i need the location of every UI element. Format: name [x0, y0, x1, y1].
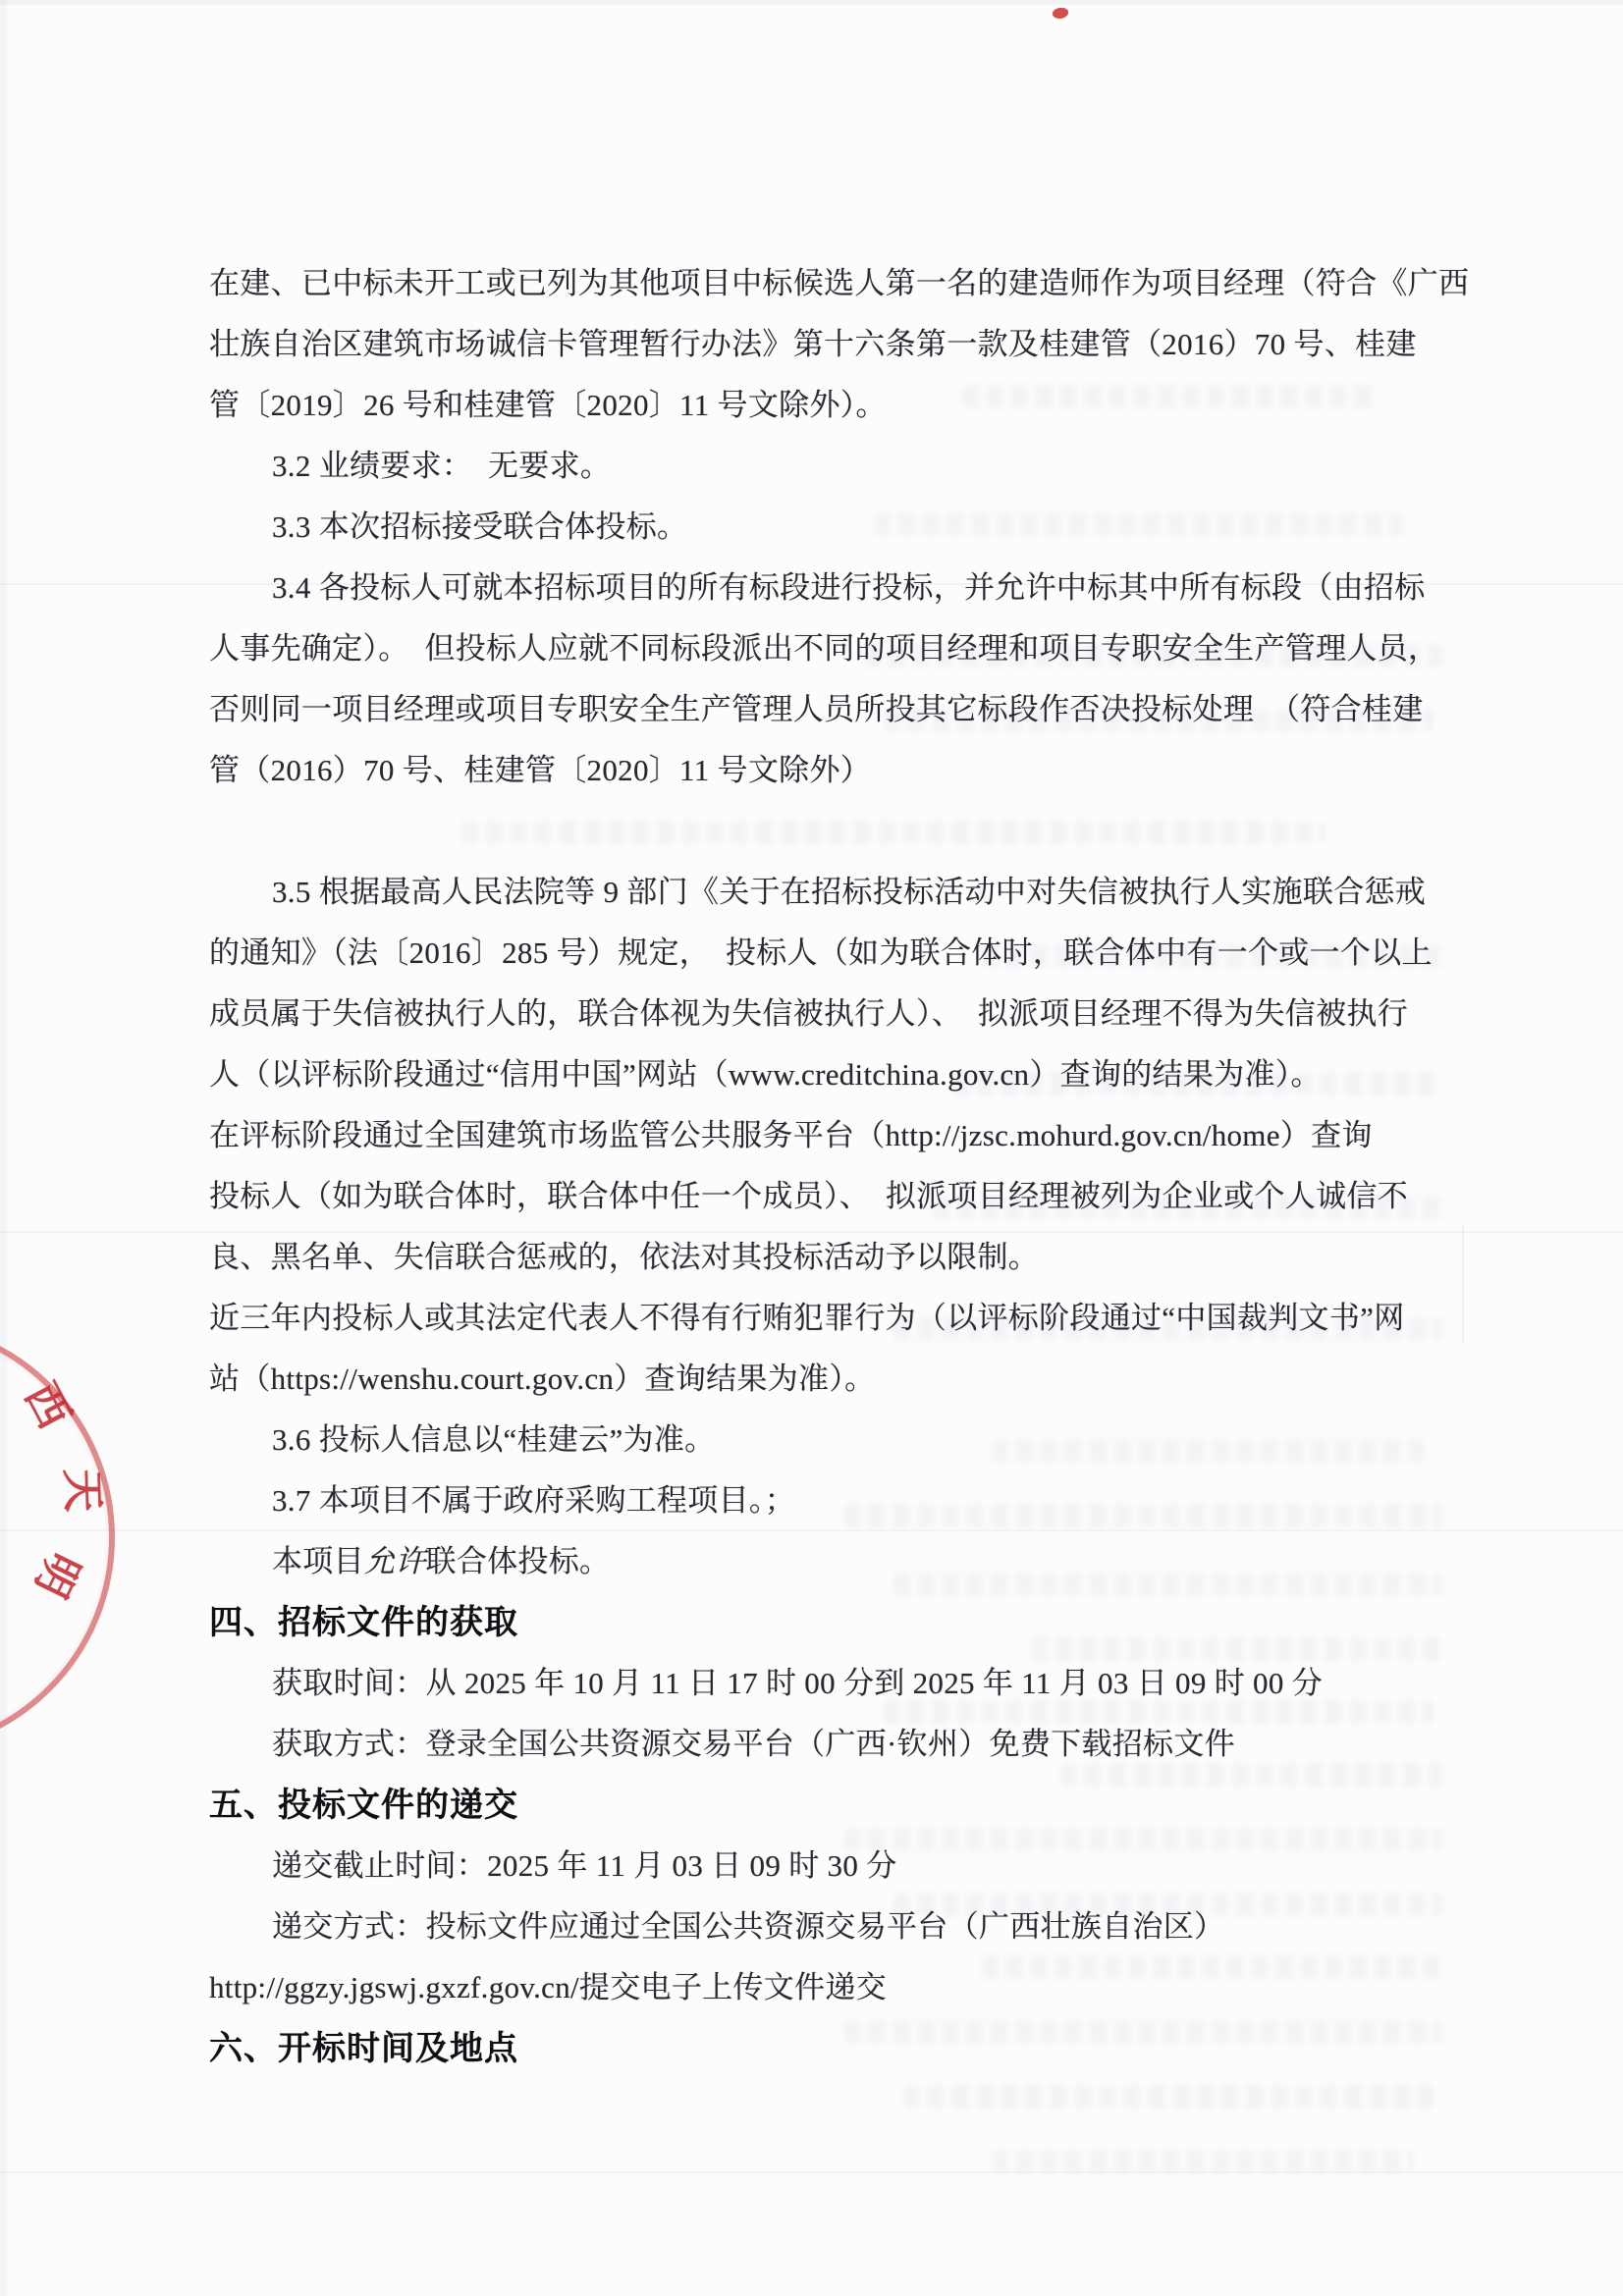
- text-segment: 四、招标文件的获取: [209, 1604, 518, 1641]
- text-line: 管（2016）70 号、桂建管〔2020〕11 号文除外）: [209, 748, 1476, 793]
- text-segment: 的通知》（法〔2016〕285 号）规定， 投标人（如为联合体时，联合体中有一个…: [209, 935, 1433, 970]
- text-segment: 良、黑名单、失信联合惩戒的，依法对其投标活动予以限制。: [209, 1240, 1039, 1274]
- red-ink-speck: [1053, 8, 1068, 19]
- text-line: [209, 809, 1476, 854]
- text-segment: 3.2 业绩要求： 无要求。: [272, 449, 611, 483]
- red-seal-character: 天: [54, 1468, 118, 1513]
- text-segment: 3.4 各投标人可就本招标项目的所有标段进行投标，并允许中标其中所有标段（由招标: [272, 570, 1426, 605]
- text-line: 人事先确定）。 但投标人应就不同标段派出不同的项目经理和项目专职安全生产管理人员…: [209, 626, 1476, 671]
- emphasized-text: 允许: [364, 1544, 426, 1578]
- text-line: 投标人（如为联合体时，联合体中任一个成员）、 拟派项目经理被列为企业或个人诚信不: [209, 1174, 1476, 1219]
- text-segment: 五、投标文件的递交: [209, 1787, 518, 1824]
- text-segment: 壮族自治区建筑市场诚信卡管理暂行办法》第十六条第一款及桂建管（2016）70 号…: [209, 327, 1417, 361]
- text-line: 否则同一项目经理或项目专职安全生产管理人员所投其它标段作否决投标处理 （符合桂建: [209, 687, 1476, 732]
- text-segment: 在建、已中标未开工或已列为其他项目中标候选人第一名的建造师作为项目经理（符合《广…: [209, 266, 1469, 300]
- text-line: 成员属于失信被执行人的，联合体视为失信被执行人）、 拟派项目经理不得为失信被执行: [209, 991, 1476, 1037]
- text-segment: 人事先确定）。 但投标人应就不同标段派出不同的项目经理和项目专职安全生产管理人员…: [209, 631, 1438, 666]
- text-line: 壮族自治区建筑市场诚信卡管理暂行办法》第十六条第一款及桂建管（2016）70 号…: [209, 322, 1476, 367]
- text-segment: 站（https://wenshu.court.gov.cn）查询结果为准）。: [209, 1362, 875, 1396]
- text-segment: 投标人（如为联合体时，联合体中任一个成员）、 拟派项目经理被列为企业或个人诚信不: [209, 1179, 1408, 1213]
- scan-streak: [0, 1529, 1623, 1531]
- text-segment: 联合体投标。: [426, 1544, 611, 1578]
- text-segment: 近三年内投标人或其法定代表人不得有行贿犯罪行为（以评标阶段通过“中国裁判文书”网: [209, 1301, 1405, 1335]
- text-segment: http://ggzy.jgswj.gxzf.gov.cn/提交电子上传文件递交: [209, 1970, 887, 2004]
- text-line: http://ggzy.jgswj.gxzf.gov.cn/提交电子上传文件递交: [209, 1965, 1476, 2010]
- text-line: 站（https://wenshu.court.gov.cn）查询结果为准）。: [209, 1357, 1476, 1402]
- text-segment: 递交截止时间：2025 年 11 月 03 日 09 时 30 分: [272, 1848, 897, 1883]
- text-line: 良、黑名单、失信联合惩戒的，依法对其投标活动予以限制。: [209, 1235, 1476, 1280]
- scan-streak: [0, 1231, 1623, 1233]
- text-segment: 六、开标时间及地点: [209, 2030, 518, 2067]
- text-line: 3.7 本项目不属于政府采购工程项目。；: [209, 1478, 1539, 1523]
- text-segment: 3.3 本次招标接受联合体投标。: [272, 509, 687, 544]
- section-heading: 五、投标文件的递交: [209, 1783, 1476, 1828]
- scan-streak: [0, 2171, 1623, 2173]
- text-segment: 在评标阶段通过全国建筑市场监管公共服务平台（http://jzsc.mohurd…: [209, 1118, 1373, 1152]
- text-line: 3.3 本次招标接受联合体投标。: [209, 505, 1539, 550]
- text-line: 3.4 各投标人可就本招标项目的所有标段进行投标，并允许中标其中所有标段（由招标: [209, 565, 1539, 611]
- text-segment: 3.5 根据最高人民法院等 9 部门《关于在招标投标活动中对失信被执行人实施联合…: [272, 875, 1426, 909]
- section-heading: 四、招标文件的获取: [209, 1600, 1476, 1645]
- text-line: 递交方式：投标文件应通过全国公共资源交易平台（广西壮族自治区）: [209, 1904, 1539, 1949]
- text-segment: 本项目: [272, 1544, 364, 1578]
- scanned-page: 在建、已中标未开工或已列为其他项目中标候选人第一名的建造师作为项目经理（符合《广…: [0, 0, 1623, 2296]
- text-segment: 3.7 本项目不属于政府采购工程项目。；: [272, 1483, 795, 1518]
- text-segment: 3.6 投标人信息以“桂建云”为准。: [272, 1422, 715, 1457]
- text-segment: 管〔2019〕26 号和桂建管〔2020〕11 号文除外）。: [209, 388, 887, 422]
- text-line: 管〔2019〕26 号和桂建管〔2020〕11 号文除外）。: [209, 383, 1476, 428]
- text-line: 递交截止时间：2025 年 11 月 03 日 09 时 30 分: [209, 1843, 1539, 1889]
- text-segment: 获取时间：从 2025 年 10 月 11 日 17 时 00 分到 2025 …: [272, 1666, 1323, 1700]
- text-line: 在评标阶段通过全国建筑市场监管公共服务平台（http://jzsc.mohurd…: [209, 1113, 1476, 1158]
- text-segment: 管（2016）70 号、桂建管〔2020〕11 号文除外）: [209, 753, 871, 787]
- text-line: 人（以评标阶段通过“信用中国”网站（www.creditchina.gov.cn…: [209, 1052, 1476, 1097]
- text-line: 3.2 业绩要求： 无要求。: [209, 444, 1539, 489]
- text-segment: 获取方式：登录全国公共资源交易平台（广西·钦州）免费下载招标文件: [272, 1727, 1235, 1761]
- section-heading: 六、开标时间及地点: [209, 2026, 1476, 2071]
- scan-edge-shade: [0, 0, 1623, 5]
- text-line: 3.5 根据最高人民法院等 9 部门《关于在招标投标活动中对失信被执行人实施联合…: [209, 870, 1539, 915]
- text-segment: 递交方式：投标文件应通过全国公共资源交易平台（广西壮族自治区）: [272, 1909, 1224, 1944]
- text-line: 获取时间：从 2025 年 10 月 11 日 17 时 00 分到 2025 …: [209, 1661, 1539, 1706]
- text-segment: 否则同一项目经理或项目专职安全生产管理人员所投其它标段作否决投标处理 （符合桂建: [209, 692, 1424, 726]
- text-line: 3.6 投标人信息以“桂建云”为准。: [209, 1417, 1539, 1463]
- text-line: 本项目允许联合体投标。: [209, 1539, 1539, 1584]
- text-line: 获取方式：登录全国公共资源交易平台（广西·钦州）免费下载招标文件: [209, 1722, 1539, 1767]
- bleed-artifact: [903, 2085, 1434, 2109]
- text-line: 在建、已中标未开工或已列为其他项目中标候选人第一名的建造师作为项目经理（符合《广…: [209, 261, 1476, 306]
- text-segment: 人（以评标阶段通过“信用中国”网站（www.creditchina.gov.cn…: [209, 1057, 1322, 1092]
- scan-edge-shade: [0, 0, 7, 2296]
- text-segment: 成员属于失信被执行人的，联合体视为失信被执行人）、 拟派项目经理不得为失信被执行: [209, 996, 1408, 1031]
- text-line: 的通知》（法〔2016〕285 号）规定， 投标人（如为联合体时，联合体中有一个…: [209, 931, 1476, 976]
- text-line: 近三年内投标人或其法定代表人不得有行贿犯罪行为（以评标阶段通过“中国裁判文书”网: [209, 1296, 1476, 1341]
- bleed-artifact: [992, 2150, 1414, 2173]
